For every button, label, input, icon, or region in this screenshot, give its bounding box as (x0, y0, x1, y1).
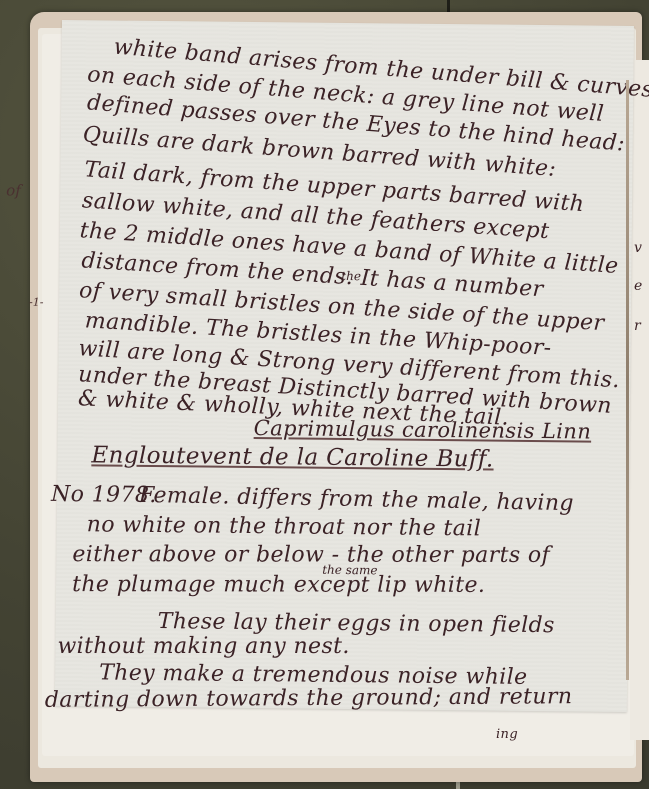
note-line: darting down towards the ground; and ret… (45, 684, 573, 713)
facing-page-edge (630, 60, 649, 740)
catchword: ing (496, 727, 518, 742)
entry-line: the plumage much except lip white. (72, 572, 485, 598)
page-gutter-fold (626, 80, 629, 680)
note-line: without making any nest. (57, 634, 349, 659)
manuscript-page: of -1- white band arises from the under … (55, 20, 634, 712)
facing-page-fragment: v (634, 240, 642, 256)
margin-mark: of (6, 181, 21, 199)
entry-line: either above or below - the other parts … (72, 542, 550, 568)
entry-line: Female. differs from the male, having (139, 483, 574, 516)
species-french-name: Engloutevent de la Caroline Buff. (91, 442, 493, 472)
interlinear-insertion: the (341, 269, 361, 283)
facing-page-fragment: e (634, 278, 642, 294)
entry-line: no white on the throat nor the tail (87, 512, 482, 541)
margin-mark: -1- (29, 296, 44, 309)
facing-page-fragment: r (634, 318, 641, 334)
species-latin-name: Caprimulgus carolinensis Linn (254, 416, 592, 444)
